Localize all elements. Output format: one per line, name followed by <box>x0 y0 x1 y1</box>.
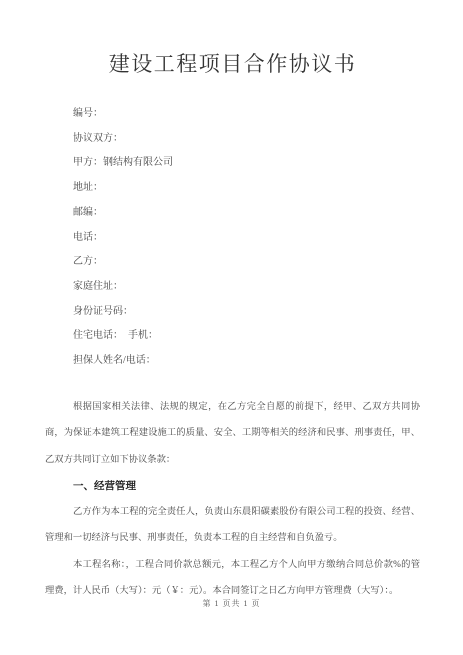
field-number: 编号： <box>45 102 420 127</box>
field-guarantor: 担保人姓名/电话： <box>45 349 420 374</box>
field-id-number: 身份证号码： <box>45 300 420 325</box>
section1-paragraph-1: 乙方作为本工程的完全责任人，负责山东晨阳碳素股份有限公司工程的投资、经营、管理和… <box>45 499 420 552</box>
section-heading-management: 一、经营管理 <box>45 474 420 499</box>
section1-paragraph-2: 本工程名称：，工程合同价款总额元，本工程乙方个人向甲方缴纳合同总价款%的管理费，… <box>45 552 420 605</box>
field-party-a: 甲方：钢结构有限公司 <box>45 151 420 176</box>
intro-paragraph: 根据国家相关法律、法规的规定，在乙方完全自愿的前提下，经甲、乙双方共同协商，为保… <box>45 394 420 474</box>
document-page: 建设工程项目合作协议书 编号： 协议双方： 甲方：钢结构有限公司 地址： 邮编：… <box>0 0 463 655</box>
field-phone: 电话： <box>45 226 420 251</box>
field-agreement-parties: 协议双方： <box>45 127 420 152</box>
field-party-b: 乙方： <box>45 250 420 275</box>
field-postal-code: 邮编： <box>45 201 420 226</box>
document-title: 建设工程项目合作协议书 <box>45 48 420 80</box>
page-number-footer: 第 1 页共 1 页 <box>0 598 463 609</box>
field-home-address: 家庭住址： <box>45 275 420 300</box>
fields-block: 编号： 协议双方： 甲方：钢结构有限公司 地址： 邮编： 电话： 乙方： 家庭住… <box>45 102 420 374</box>
field-address: 地址： <box>45 176 420 201</box>
field-home-phone-mobile: 住宅电话： 手机： <box>45 324 420 349</box>
